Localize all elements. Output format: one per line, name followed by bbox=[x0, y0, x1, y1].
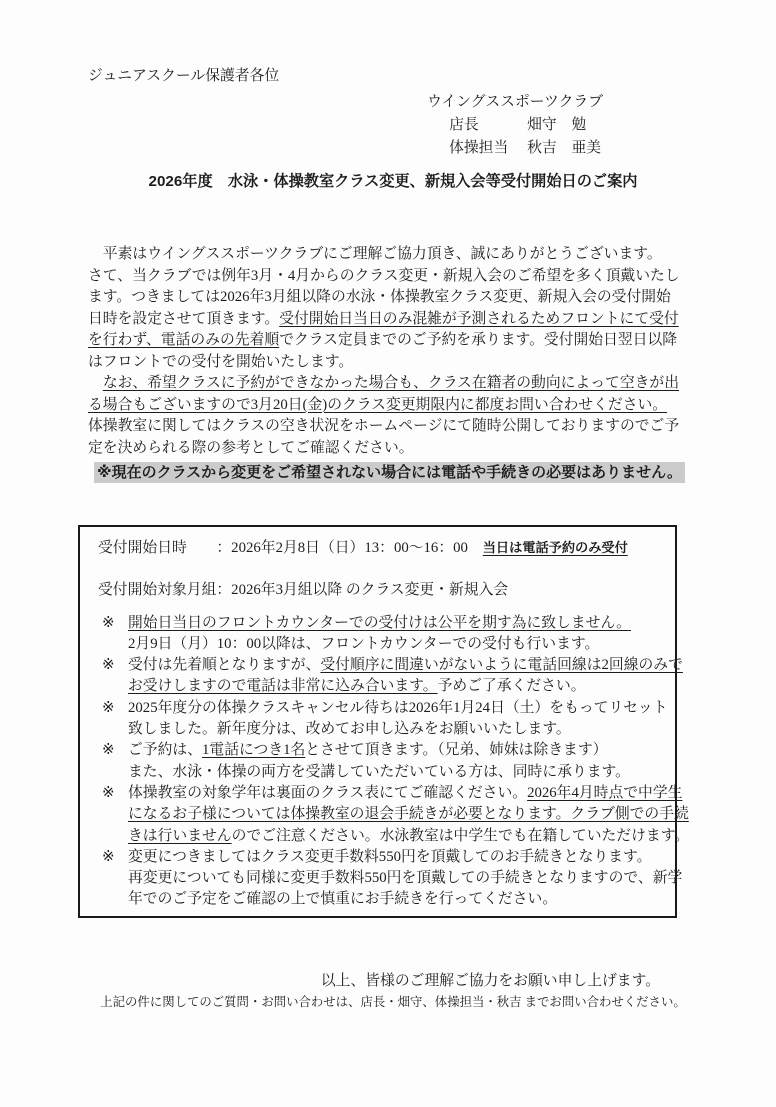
text-segment: また、水泳・体操の両方を受講していただいている方は、同時に承ります。 bbox=[128, 764, 630, 780]
text-segment: ます。つきましては2026年3月組以降の水泳・体操教室クラス変更、新規入会の受付… bbox=[88, 289, 671, 305]
text-segment: になるお子様については体操教室の退会手続きが必要となります。クラブ側での手続 bbox=[128, 806, 689, 822]
text-line: 致しました。新年度分は、改めてお申し込みをお願いいたします。 bbox=[128, 719, 661, 740]
text-segment: お受けしますので電話は非常に込み合います。 bbox=[128, 678, 438, 694]
text-segment: 2月9日（月）10：00以降は、フロントカウンターでの受付も行います。 bbox=[128, 636, 599, 652]
text-line: はフロントでの受付を開始いたします。 bbox=[88, 352, 698, 374]
text-segment bbox=[88, 375, 103, 391]
bullet-item: ※変更につきましてはクラス変更手数料550円を頂戴してのお手続きとなります。再変… bbox=[98, 847, 661, 911]
highlight-note: ※現在のクラスから変更をご希望されない場合には電話や手続きの必要はありません。 bbox=[94, 462, 685, 483]
text-line: 体操教室の対象学年は裏面のクラス表にてご確認ください。2026年4月時点で中学生 bbox=[128, 783, 661, 804]
text-line: る場合もございますので3月20日(金)のクラス変更期限内に都度お問い合わせくださ… bbox=[88, 395, 698, 417]
bullet-content: 開始日当日のフロントカウンターでの受付けは公平を期す為に致しません。2月9日（月… bbox=[128, 613, 661, 656]
text-segment: 2025年度分の体操クラスキャンセル待ちは2026年1月24日（土）をもってリセ… bbox=[128, 700, 668, 716]
text-line: を行わず、電話のみの先着順でクラス定員までのご予約を承ります。受付開始日翌日以降 bbox=[88, 330, 698, 352]
text-line: 年でのご予定をご確認の上で慎重にお手続きを行ってください。 bbox=[128, 889, 661, 910]
text-segment: 受付開始日当日のみ混雑が予測されるためフロントにて受付 bbox=[279, 311, 679, 327]
text-segment: 致しました。新年度分は、改めてお申し込みをお願いいたします。 bbox=[128, 721, 571, 737]
bullet-item: ※体操教室の対象学年は裏面のクラス表にてご確認ください。2026年4月時点で中学… bbox=[98, 783, 661, 847]
signer-row: 体操担当 秋吉 亜美 bbox=[427, 137, 603, 160]
text-line: 受付は先着順となりますが、受付順序に間違いがないように電話回線は2回線のみで bbox=[128, 655, 661, 676]
text-segment: 体操教室に関してはクラスの空き状況をホームページにて随時公開しておりますのでご予 bbox=[88, 418, 679, 434]
text-line: 再変更についても同様に変更手数料550円を頂戴しての手続きとなりますので、新学 bbox=[128, 868, 661, 889]
text-line: 2月9日（月）10：00以降は、フロントカウンターでの受付も行います。 bbox=[128, 634, 661, 655]
bullet-content: ご予約は、1電話につき1名とさせて頂きます。（兄弟、姉妹は除きます）また、水泳・… bbox=[128, 740, 661, 783]
text-segment: を行わず、電話のみの先着順 bbox=[88, 332, 279, 348]
bullet-content: 体操教室の対象学年は裏面のクラス表にてご確認ください。2026年4月時点で中学生… bbox=[128, 783, 661, 847]
text-line: また、水泳・体操の両方を受講していただいている方は、同時に承ります。 bbox=[128, 762, 661, 783]
text-line: 開始日当日のフロントカウンターでの受付けは公平を期す為に致しません。 bbox=[128, 613, 661, 634]
bullet-marker: ※ bbox=[98, 655, 128, 698]
text-segment: 受付は先着順となりますが、 bbox=[128, 657, 320, 673]
text-line: きは行いませんのでご注意ください。水泳教室は中学生でも在籍していただけます。 bbox=[128, 826, 661, 847]
bullet-marker: ※ bbox=[98, 740, 128, 783]
bullet-list: ※開始日当日のフロントカウンターでの受付けは公平を期す為に致しません。2月9日（… bbox=[98, 613, 661, 911]
signer-row: 店長 畑守 勉 bbox=[427, 114, 603, 137]
text-line: ご予約は、1電話につき1名とさせて頂きます。（兄弟、姉妹は除きます） bbox=[128, 740, 661, 761]
text-segment: 変更につきましてはクラス変更手数料550円を頂戴してのお手続きとなります。 bbox=[128, 849, 651, 865]
document-page: ジュニアスクール保護者各位 ウイングススポーツクラブ 店長 畑守 勉 体操担当 … bbox=[0, 0, 776, 1107]
text-segment: 定を決められる際の参考としてご確認ください。 bbox=[88, 440, 414, 456]
text-line: 2025年度分の体操クラスキャンセル待ちは2026年1月24日（土）をもってリセ… bbox=[128, 698, 661, 719]
bullet-item: ※2025年度分の体操クラスキャンセル待ちは2026年1月24日（土）をもってリ… bbox=[98, 698, 661, 741]
text-segment: 体操教室の対象学年は裏面のクラス表にてご確認ください。 bbox=[128, 785, 527, 801]
signature-block: ウイングススポーツクラブ 店長 畑守 勉 体操担当 秋吉 亜美 bbox=[427, 91, 603, 160]
text-segment: 開始日当日のフロントカウンターでの受付けは公平を期す為に致しません。 bbox=[128, 615, 631, 631]
contact-line: 上記の件に関してのご質問・お問い合わせは、店長・畑守、体操担当・秋吉 までお問い… bbox=[88, 993, 698, 1011]
info-box: 受付開始日時 ：2026年2月8日（日）13：00～16：00 当日は電話予約の… bbox=[78, 525, 677, 918]
text-segment: とさせて頂きます。（兄弟、姉妹は除きます） bbox=[305, 742, 607, 758]
organization-name: ウイングススポーツクラブ bbox=[427, 91, 603, 114]
text-segment: 日時を設定させて頂きます。 bbox=[88, 311, 279, 327]
text-segment: 受付開始対象月組：2026年3月組以降 のクラス変更・新規入会 bbox=[98, 582, 508, 598]
text-line: 受付開始日時 ：2026年2月8日（日）13：00～16：00 当日は電話予約の… bbox=[98, 537, 661, 559]
text-line: 日時を設定させて頂きます。受付開始日当日のみ混雑が予測されるためフロントにて受付 bbox=[88, 309, 698, 331]
bullet-marker: ※ bbox=[98, 847, 128, 911]
text-segment: 再変更についても同様に変更手数料550円を頂戴しての手続きとなりますので、新学 bbox=[128, 870, 682, 886]
text-segment: なお、希望クラスに予約ができなかった場合も、クラス在籍者の動向によって空きが出 bbox=[103, 375, 679, 391]
text-segment: はフロントでの受付を開始いたします。 bbox=[88, 354, 353, 370]
text-segment: でクラス定員までのご予約を承ります。受付開始日翌日以降 bbox=[279, 332, 677, 348]
bullet-marker: ※ bbox=[98, 613, 128, 656]
bullet-content: 受付は先着順となりますが、受付順序に間違いがないように電話回線は2回線のみでお受… bbox=[128, 655, 661, 698]
text-line: 変更につきましてはクラス変更手数料550円を頂戴してのお手続きとなります。 bbox=[128, 847, 661, 868]
text-segment: きは行いません bbox=[128, 828, 232, 844]
signer-role: 店長 bbox=[449, 114, 527, 137]
bullet-content: 2025年度分の体操クラスキャンセル待ちは2026年1月24日（土）をもってリセ… bbox=[128, 698, 661, 741]
bullet-item: ※開始日当日のフロントカウンターでの受付けは公平を期す為に致しません。2月9日（… bbox=[98, 613, 661, 656]
signer-name: 畑守 勉 bbox=[527, 114, 586, 137]
bullet-content: 変更につきましてはクラス変更手数料550円を頂戴してのお手続きとなります。再変更… bbox=[128, 847, 661, 911]
text-segment: 予めご了承ください。 bbox=[438, 678, 586, 694]
text-segment: のでご注意ください。水泳教室は中学生でも在籍していただけます。 bbox=[232, 828, 690, 844]
text-segment: 平素はウイングススポーツクラブにご理解ご協力頂き、誠にありがとうございます。 bbox=[88, 246, 662, 262]
text-segment: 2026年4月時点で中学生 bbox=[527, 785, 682, 801]
text-line: さて、当クラブでは例年3月・4月からのクラス変更・新規入会のご希望を多く頂戴いた… bbox=[88, 266, 698, 288]
intro-paragraph: 平素はウイングススポーツクラブにご理解ご協力頂き、誠にありがとうございます。さて… bbox=[88, 244, 698, 459]
text-line: になるお子様については体操教室の退会手続きが必要となります。クラブ側での手続 bbox=[128, 804, 661, 825]
text-segment: 当日は電話予約のみ受付 bbox=[483, 540, 628, 555]
bullet-item: ※ご予約は、1電話につき1名とさせて頂きます。（兄弟、姉妹は除きます）また、水泳… bbox=[98, 740, 661, 783]
text-segment: さて、当クラブでは例年3月・4月からのクラス変更・新規入会のご希望を多く頂戴いた… bbox=[88, 268, 680, 284]
text-line: ます。つきましては2026年3月組以降の水泳・体操教室クラス変更、新規入会の受付… bbox=[88, 287, 698, 309]
text-segment: 受付順序に間違いがないように電話回線は2回線のみで bbox=[320, 657, 683, 673]
signer-name: 秋吉 亜美 bbox=[527, 137, 601, 160]
text-line: 体操教室に関してはクラスの空き状況をホームページにて随時公開しておりますのでご予 bbox=[88, 416, 698, 438]
text-segment: 受付開始日時 ：2026年2月8日（日）13：00～16：00 bbox=[98, 540, 483, 556]
bullet-marker: ※ bbox=[98, 698, 128, 741]
bullet-marker: ※ bbox=[98, 783, 128, 847]
text-segment: ご予約は、 bbox=[128, 742, 202, 758]
text-line: お受けしますので電話は非常に込み合います。予めご了承ください。 bbox=[128, 676, 661, 697]
bullet-item: ※受付は先着順となりますが、受付順序に間違いがないように電話回線は2回線のみでお… bbox=[98, 655, 661, 698]
text-segment: 1電話につき1名 bbox=[202, 742, 305, 758]
document-title: 2026年度 水泳・体操教室クラス変更、新規入会等受付開始日のご案内 bbox=[88, 171, 698, 193]
recipient-line: ジュニアスクール保護者各位 bbox=[88, 66, 698, 88]
signer-role: 体操担当 bbox=[449, 137, 527, 160]
text-line: 定を決められる際の参考としてご確認ください。 bbox=[88, 438, 698, 460]
closing-line: 以上、皆様のご理解ご協力をお願い申し上げます。 bbox=[88, 971, 698, 993]
box-header: 受付開始日時 ：2026年2月8日（日）13：00～16：00 当日は電話予約の… bbox=[98, 537, 661, 602]
text-line: なお、希望クラスに予約ができなかった場合も、クラス在籍者の動向によって空きが出 bbox=[88, 373, 698, 395]
text-segment: る場合もございますので3月20日(金)のクラス変更期限内に都度お問い合わせくださ… bbox=[88, 397, 667, 413]
text-segment: 年でのご予定をご確認の上で慎重にお手続きを行ってください。 bbox=[128, 891, 557, 907]
text-line: 平素はウイングススポーツクラブにご理解ご協力頂き、誠にありがとうございます。 bbox=[88, 244, 698, 266]
text-line: 受付開始対象月組：2026年3月組以降 のクラス変更・新規入会 bbox=[98, 580, 661, 601]
